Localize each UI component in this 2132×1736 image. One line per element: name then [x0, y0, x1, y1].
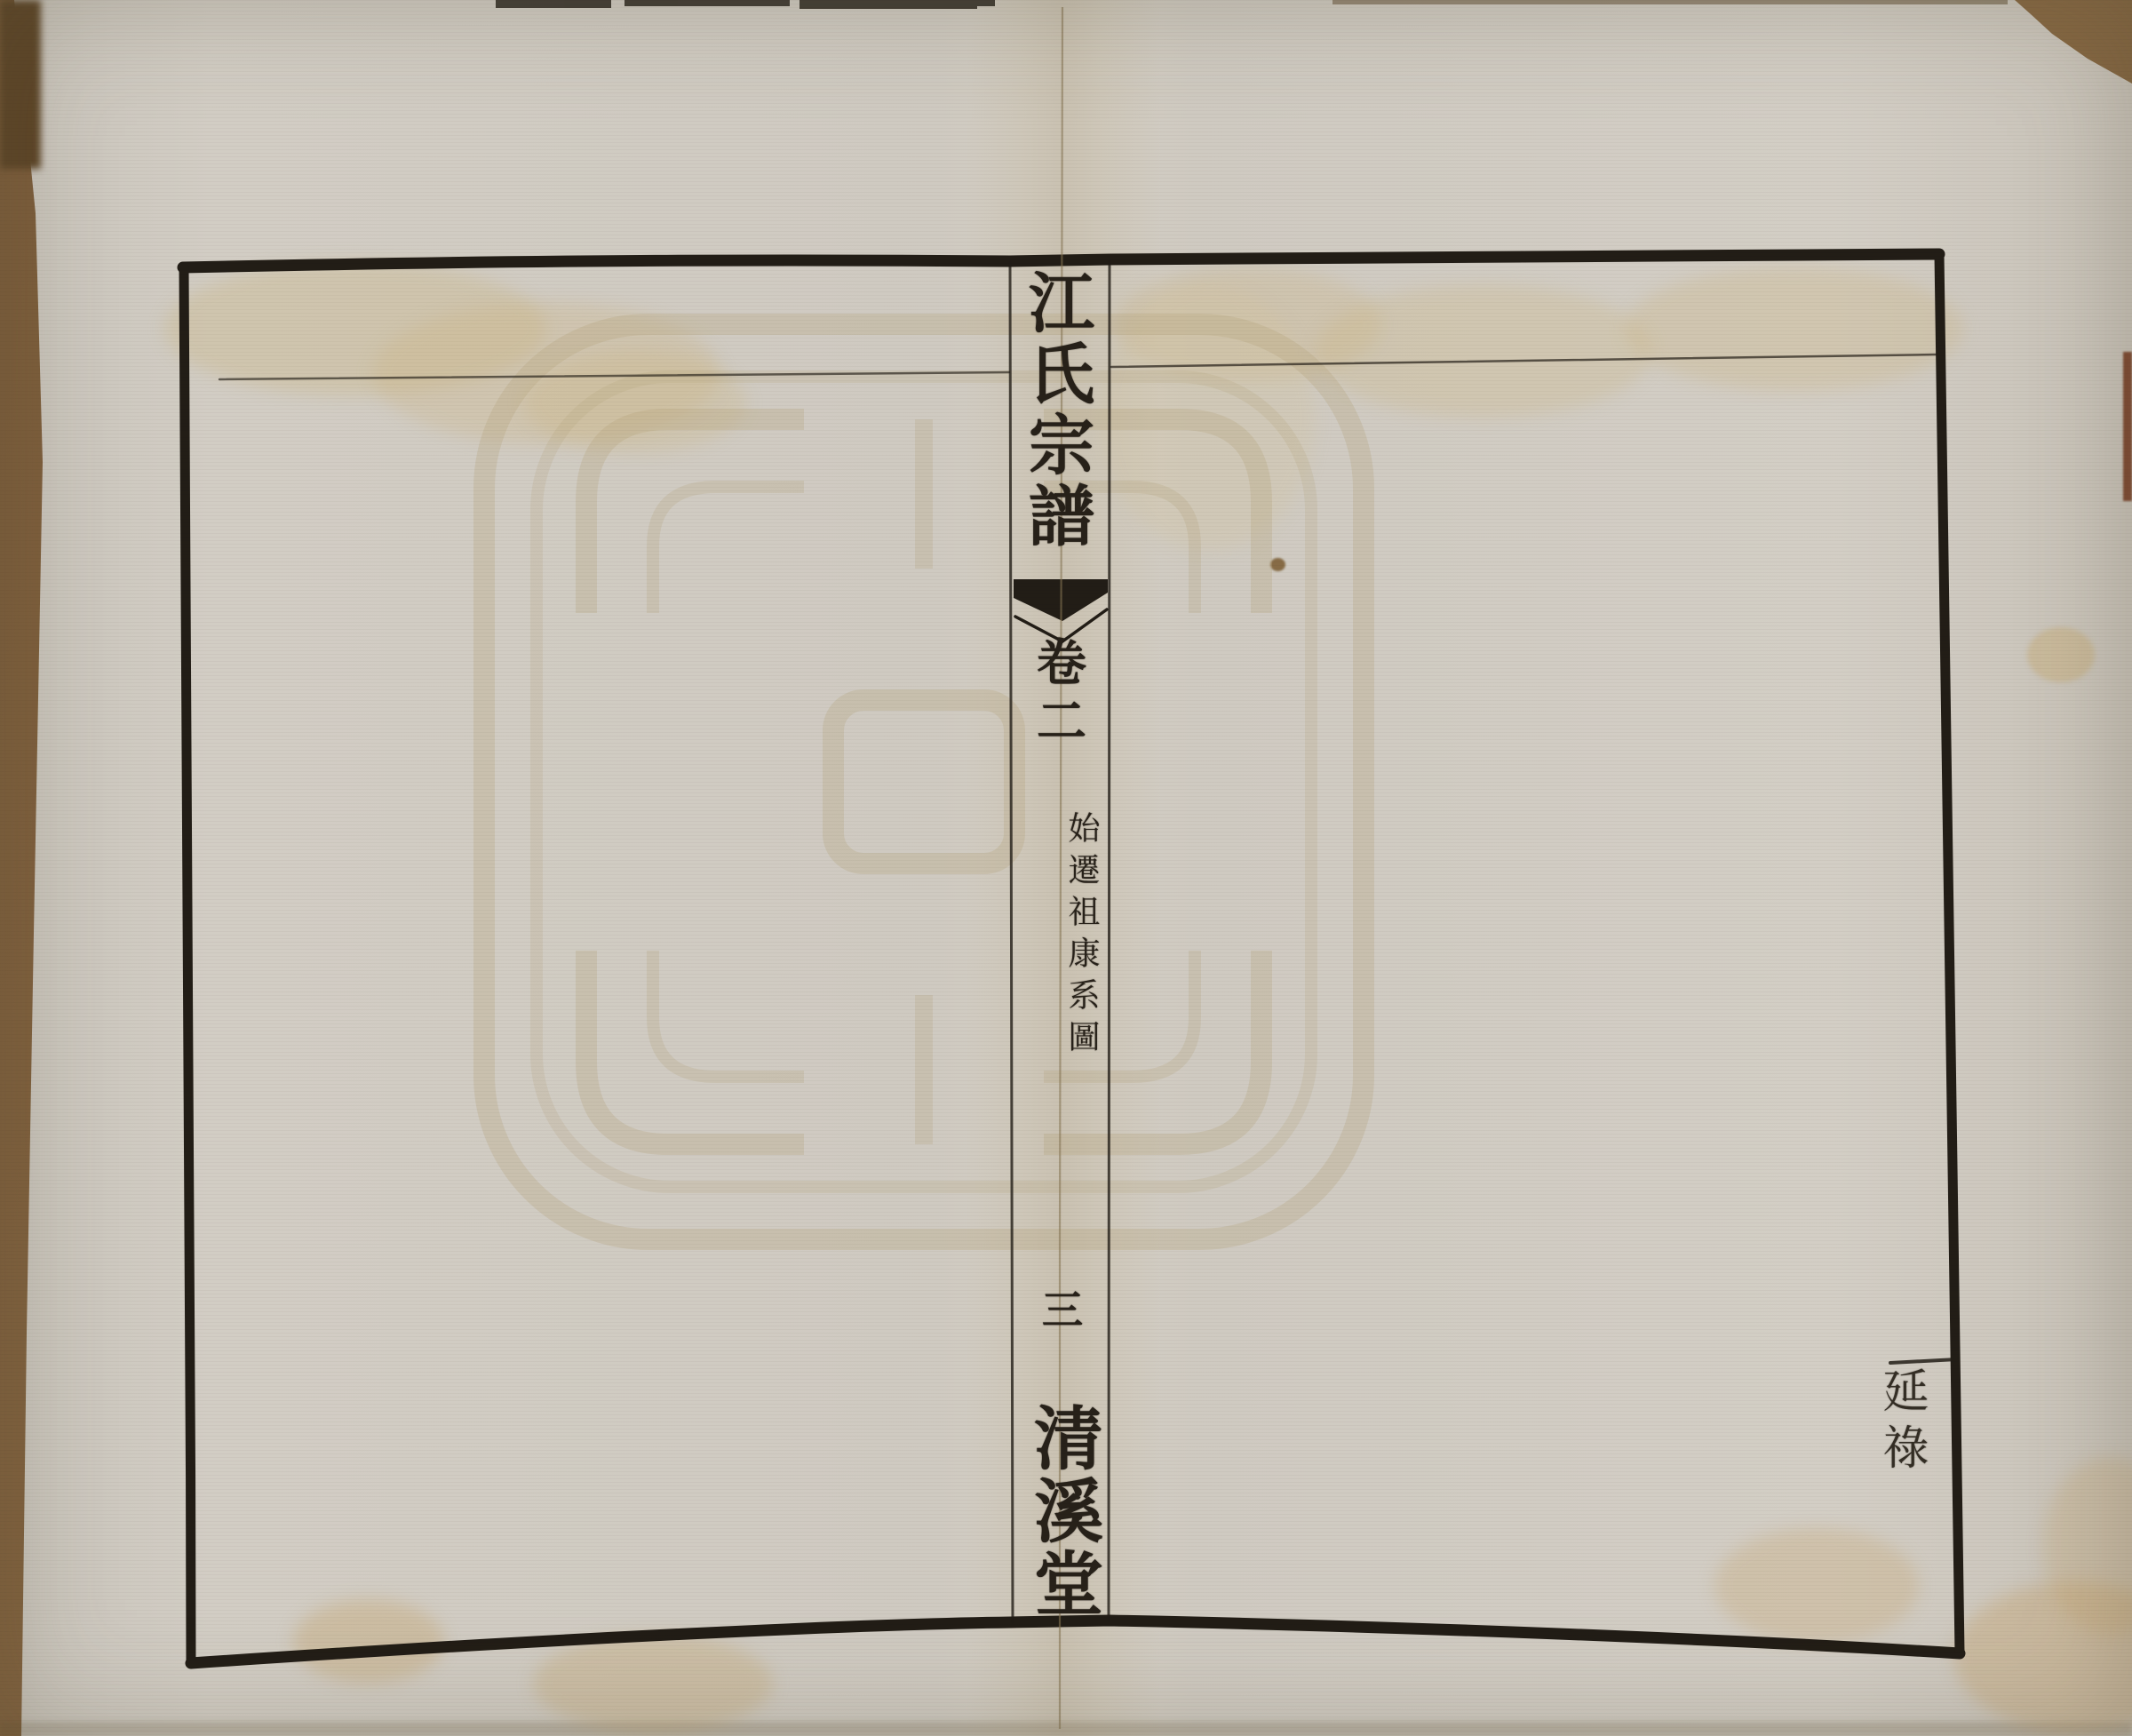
paper-top-edge-marks — [496, 0, 995, 9]
spine-column-rule-left — [1010, 262, 1013, 1622]
chapter-title: 始遷祖康系圖 — [1065, 811, 1097, 1062]
frame-right-border — [1939, 254, 1960, 1653]
paper-top-edge-shadow — [1332, 0, 2008, 4]
head-rule-left-page — [219, 372, 1009, 379]
margin-note-tick — [1890, 1359, 1957, 1363]
head-rule-right-page — [1111, 354, 1937, 367]
spine-column-rule-right — [1109, 260, 1110, 1621]
scanned-book-spread: 江氏宗譜 卷二 始遷祖康系圖 三 清溪堂 延祿 — [0, 0, 2132, 1736]
frame-bottom-border — [191, 1621, 1960, 1663]
book-title: 江氏宗譜 — [1023, 268, 1089, 553]
folio-number: 三 — [1039, 1288, 1080, 1329]
volume-label: 卷二 — [1033, 636, 1083, 753]
hall-name: 清溪堂 — [1028, 1402, 1097, 1621]
margin-note: 延祿 — [1878, 1366, 1924, 1480]
frame-left-border — [184, 267, 191, 1663]
